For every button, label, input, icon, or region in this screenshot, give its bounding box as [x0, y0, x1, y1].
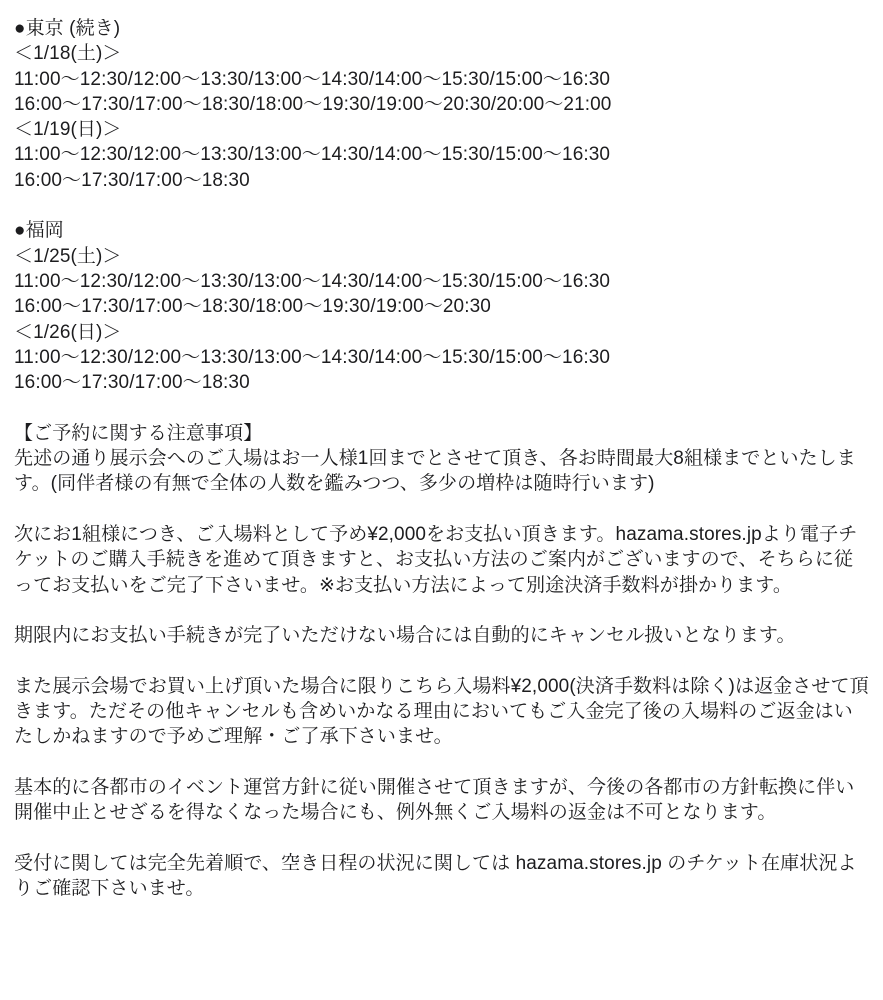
notes-paragraph: 先述の通り展示会へのご入場はお一人様1回までとさせて頂き、各お時間最大8組様まで…	[14, 446, 869, 497]
time-slots-line: 11:00〜12:30/12:00〜13:30/13:00〜14:30/14:0…	[14, 269, 869, 294]
notes-paragraph: 次にお1組様につき、ご入場料として予め¥2,000をお支払い頂きます。hazam…	[14, 522, 869, 598]
time-slots-line: 11:00〜12:30/12:00〜13:30/13:00〜14:30/14:0…	[14, 67, 869, 92]
time-slots-line: 16:00〜17:30/17:00〜18:30	[14, 168, 869, 193]
notes-heading-paragraph: 【ご予約に関する注意事項】 先述の通り展示会へのご入場はお一人様1回までとさせて…	[14, 421, 869, 497]
date-label: ＜1/18(土)＞	[14, 41, 869, 66]
page: ●東京 (続き) ＜1/18(土)＞ 11:00〜12:30/12:00〜13:…	[0, 0, 883, 1000]
date-label: ＜1/19(日)＞	[14, 117, 869, 142]
notes-paragraph: また展示会場でお買い上げ頂いた場合に限りこちら入場料¥2,000(決済手数料は除…	[14, 674, 869, 750]
time-slots-line: 16:00〜17:30/17:00〜18:30/18:00〜19:30/19:0…	[14, 294, 869, 319]
time-slots-line: 16:00〜17:30/17:00〜18:30/18:00〜19:30/19:0…	[14, 92, 869, 117]
notes-paragraph: 受付に関しては完全先着順で、空き日程の状況に関しては hazama.stores…	[14, 851, 869, 902]
date-label: ＜1/26(日)＞	[14, 320, 869, 345]
reservation-notes: 【ご予約に関する注意事項】 先述の通り展示会へのご入場はお一人様1回までとさせて…	[14, 421, 869, 902]
date-label: ＜1/25(土)＞	[14, 244, 869, 269]
time-slots-line: 16:00〜17:30/17:00〜18:30	[14, 370, 869, 395]
time-slots-line: 11:00〜12:30/12:00〜13:30/13:00〜14:30/14:0…	[14, 345, 869, 370]
schedule-section-fukuoka: ●福岡 ＜1/25(土)＞ 11:00〜12:30/12:00〜13:30/13…	[14, 218, 869, 395]
notes-heading: 【ご予約に関する注意事項】	[14, 421, 869, 446]
notes-paragraph: 基本的に各都市のイベント運営方針に従い開催させて頂きますが、今後の各都市の方針転…	[14, 775, 869, 826]
notes-paragraph: 期限内にお支払い手続きが完了いただけない場合には自動的にキャンセル扱いとなります…	[14, 623, 869, 648]
schedule-section-tokyo: ●東京 (続き) ＜1/18(土)＞ 11:00〜12:30/12:00〜13:…	[14, 16, 869, 193]
time-slots-line: 11:00〜12:30/12:00〜13:30/13:00〜14:30/14:0…	[14, 142, 869, 167]
city-heading-tokyo: ●東京 (続き)	[14, 16, 869, 41]
city-heading-fukuoka: ●福岡	[14, 218, 869, 243]
document-body: ●東京 (続き) ＜1/18(土)＞ 11:00〜12:30/12:00〜13:…	[14, 16, 869, 901]
